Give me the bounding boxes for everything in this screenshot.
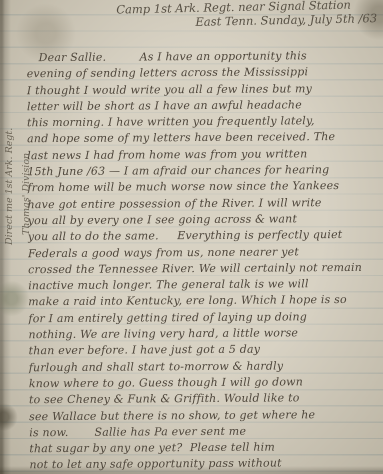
letter-page: Camp 1st Ark. Regt. near Signal Station … <box>0 0 383 474</box>
letter-line: you all to do the same. Everything is pe… <box>28 227 379 246</box>
margin-cross-writing: Direct me 1st Ark. Regt. <box>4 15 15 245</box>
letter-body: Dear Sallie. As I have an opportunity th… <box>27 48 381 474</box>
letter-line: and hope some of my letters have been re… <box>27 129 378 148</box>
letter-line: make a raid into Kentucky, ere long. Whi… <box>28 292 379 311</box>
letter-header: Camp 1st Ark. Regt. near Signal Station … <box>0 0 379 33</box>
letter-line: not to let any safe opportunity pass wit… <box>29 455 380 474</box>
letter-line: crossed the Tennessee River. We will cer… <box>28 260 379 279</box>
letter-line: from home will be much worse now since t… <box>27 178 378 197</box>
